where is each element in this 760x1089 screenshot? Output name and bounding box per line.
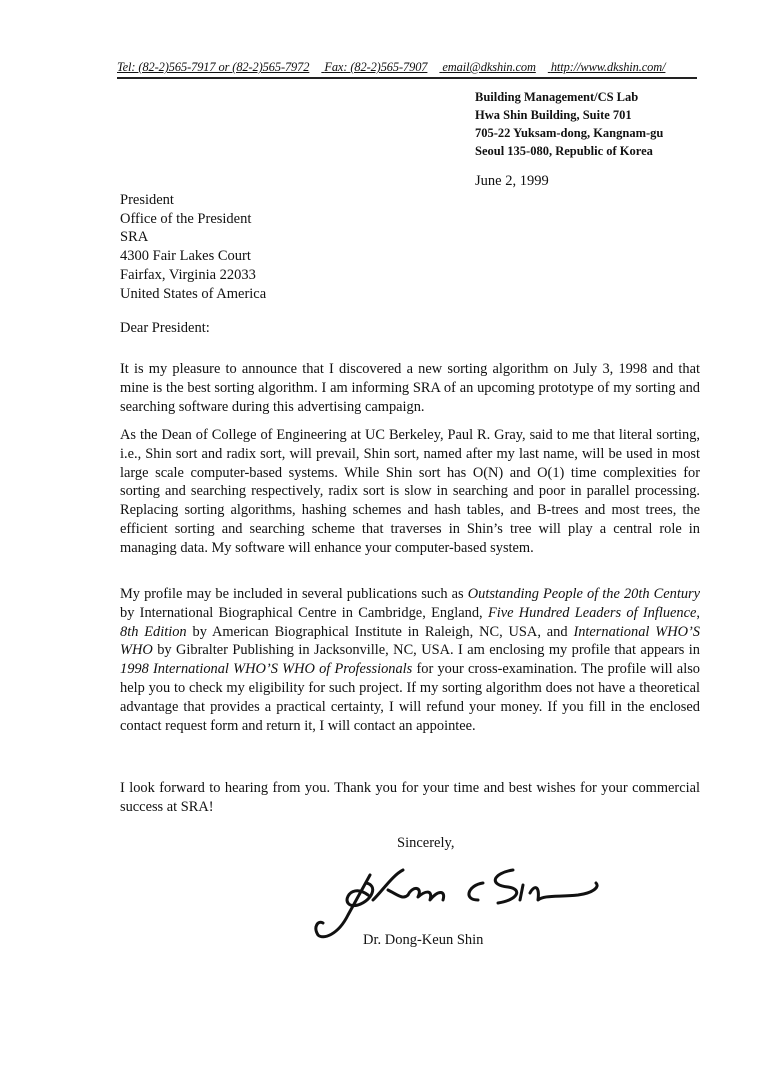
closing: Sincerely, <box>397 835 454 852</box>
text-run: , <box>696 605 700 621</box>
letter-date: June 2, 1999 <box>475 173 549 190</box>
sender-address-line: Seoul 135-080, Republic of Korea <box>475 142 663 160</box>
letterhead-rule <box>117 77 697 79</box>
publication-title: Outstanding People of the 20th Century <box>468 586 700 602</box>
body-paragraph-2: As the Dean of College of Engineering at… <box>120 426 700 558</box>
sender-address-line: 705-22 Yuksam-dong, Kangnam-gu <box>475 124 663 142</box>
recipient-line: SRA <box>120 228 266 247</box>
salutation: Dear President: <box>120 320 210 337</box>
body-paragraph-3: My profile may be included in several pu… <box>120 585 700 735</box>
recipient-line: United States of America <box>120 285 266 304</box>
publication-edition: 8th Edition <box>120 624 187 640</box>
recipient-address: President Office of the President SRA 43… <box>120 191 266 303</box>
body-paragraph-1: It is my pleasure to announce that I dis… <box>120 360 700 416</box>
letterhead-url: http://www.dkshin.com/ <box>551 60 666 74</box>
sender-address: Building Management/CS Lab Hwa Shin Buil… <box>475 88 663 160</box>
body-paragraph-4: I look forward to hearing from you. Than… <box>120 779 700 817</box>
recipient-line: Fairfax, Virginia 22033 <box>120 266 266 285</box>
recipient-line: 4300 Fair Lakes Court <box>120 247 266 266</box>
recipient-line: Office of the President <box>120 210 266 229</box>
letterhead-email: email@dkshin.com <box>442 60 535 74</box>
publication-title: 1998 International WHO’S WHO of Professi… <box>120 661 412 677</box>
signatory-name: Dr. Dong-Keun Shin <box>363 932 483 949</box>
letterhead-tel: Tel: (82-2)565-7917 or (82-2)565-7972 <box>117 60 309 74</box>
sender-address-line: Hwa Shin Building, Suite 701 <box>475 106 663 124</box>
letterhead-fax: Fax: (82-2)565-7907 <box>324 60 427 74</box>
text-run: by International Biographical Centre in … <box>120 605 488 621</box>
recipient-line: President <box>120 191 266 210</box>
publication-title: Five Hundred Leaders of Influence <box>488 605 696 621</box>
sender-address-line: Building Management/CS Lab <box>475 88 663 106</box>
text-run: My profile may be included in several pu… <box>120 586 468 602</box>
letterhead-contact-line: Tel: (82-2)565-7917 or (82-2)565-7972 Fa… <box>117 60 697 75</box>
text-run: by Gibralter Publishing in Jacksonville,… <box>153 642 700 658</box>
text-run: by American Biographical Institute in Ra… <box>187 624 574 640</box>
